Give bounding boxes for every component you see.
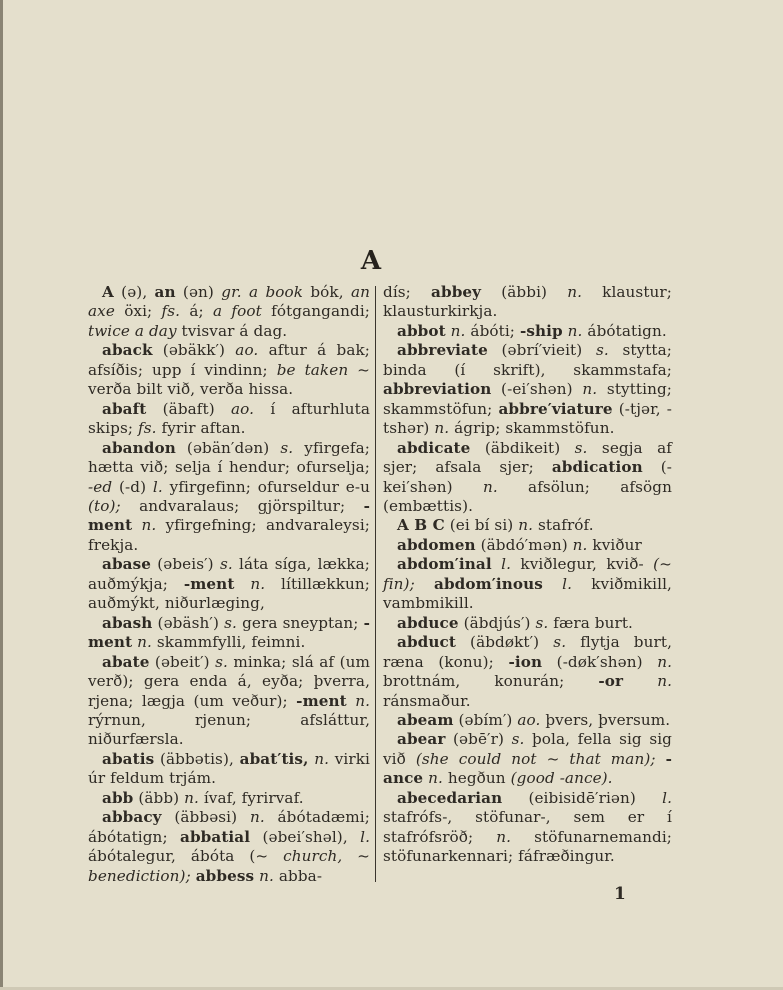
headword: abdom′inous	[434, 575, 543, 593]
definition-text: verða bilt við, verða hissa.	[88, 380, 293, 398]
dictionary-entry: abbot n. ábóti; -ship n. ábótatign.	[383, 322, 672, 341]
italic-text: s.	[535, 614, 548, 632]
headword: abbey	[431, 283, 481, 301]
dictionary-entry: abeam (əbím′) ao. þvers, þversum.	[383, 711, 672, 730]
definition-text: abba-	[274, 867, 322, 885]
italic-text: ao.	[235, 341, 258, 359]
definition-text: (äbbi)	[481, 283, 567, 301]
dictionary-entry: abecedarian (eibisidē′riən) l. stafrófs-…	[383, 789, 672, 867]
definition-text: (əbäkk′)	[153, 341, 236, 359]
definition-text: fyrir aftan.	[157, 419, 246, 437]
italic-text: ao.	[517, 711, 540, 729]
italic-text: n.	[657, 653, 672, 671]
definition-text: færa burt.	[548, 614, 633, 632]
italic-text: n.	[518, 516, 533, 534]
definition-text: (əbei′shəl),	[250, 828, 360, 846]
italic-text: s.	[596, 341, 609, 359]
definition-text: (äbaft)	[146, 400, 231, 418]
definition-text: öxi;	[115, 302, 162, 320]
headword: abaft	[102, 400, 146, 418]
headword: -or	[598, 672, 623, 690]
italic-text: n.	[582, 380, 597, 398]
italic-text: s.	[280, 439, 293, 457]
headword: abeam	[397, 711, 454, 729]
definition-text: dís;	[383, 283, 431, 301]
italic-text: n.	[568, 322, 583, 340]
dictionary-entry: abb (äbb) n. ívaf, fyrirvaf.	[88, 789, 370, 808]
italic-text: n.	[573, 536, 588, 554]
italic-text: s.	[215, 653, 228, 671]
italic-text: (she could not ~ that man);	[416, 750, 656, 768]
headword: abecedarian	[397, 789, 502, 807]
dictionary-entry: A B C (ei bí si) n. stafróf.	[383, 516, 672, 535]
headword: -ment	[184, 575, 235, 593]
italic-text: -ed	[88, 478, 112, 496]
definition-text: andvaralaus; gjörspiltur;	[121, 497, 364, 515]
definition-text: þvers, þversum.	[540, 711, 670, 729]
definition-text: (äbdøkt′)	[456, 633, 553, 651]
italic-text: (to);	[88, 497, 121, 515]
headword: abat′tis,	[240, 750, 309, 768]
italic-text: twice a day	[88, 322, 177, 340]
definition-text: skammfylli, feimni.	[152, 633, 305, 651]
definition-text: (-døk′shən)	[542, 653, 657, 671]
definition-text: hegðun	[443, 769, 511, 787]
italic-text: l.	[501, 555, 511, 573]
definition-text: rýrnun, rjenun; afsláttur, niðurfærsla.	[88, 711, 370, 748]
italic-text: s.	[220, 555, 233, 573]
definition-text: stafróf.	[533, 516, 594, 534]
definition-text: (əbrí′vieit)	[488, 341, 596, 359]
definition-text: (əbän′dən)	[176, 439, 281, 457]
dictionary-entry: abate (əbeit′) s. minka; slá af (um verð…	[88, 653, 370, 750]
headword: abbess	[196, 867, 254, 885]
dictionary-entry: abdom′inal l. kviðlegur, kvið- (~ fin); …	[383, 555, 672, 613]
headword: aback	[102, 341, 153, 359]
dictionary-column-left: A (ə), an (ən) gr. a book bók, an axe öx…	[88, 283, 370, 886]
italic-text: s.	[575, 439, 588, 457]
definition-text: (ei bí si)	[445, 516, 518, 534]
headword: abbreviate	[397, 341, 488, 359]
page-number: 1	[614, 884, 626, 904]
definition-text: (ən)	[176, 283, 222, 301]
italic-text: n.	[184, 789, 199, 807]
dictionary-entry: abdomen (äbdó′mən) n. kviður	[383, 536, 672, 555]
dictionary-entry: abash (əbäsh′) s. gera sneyptan; -ment n…	[88, 614, 370, 653]
italic-text: n.	[483, 478, 498, 496]
definition-text	[492, 555, 501, 573]
headword: abear	[397, 730, 445, 748]
definition-text: á;	[180, 302, 213, 320]
definition-text: yfirgefinn; ofurseldur e-u	[163, 478, 370, 496]
dictionary-entry: abdicate (äbdikeit) s. segja af sjer; af…	[383, 439, 672, 517]
italic-text: fs.	[138, 419, 157, 437]
definition-text: fótgangandi;	[262, 302, 370, 320]
dictionary-entry: abduct (äbdøkt′) s. flytja burt, ræna (k…	[383, 633, 672, 711]
dictionary-entry: abduce (äbdjús′) s. færa burt.	[383, 614, 672, 633]
definition-text: kviðlegur, kvið-	[511, 555, 653, 573]
italic-text: n.	[451, 322, 466, 340]
definition-text	[415, 575, 434, 593]
headword: abbacy	[102, 808, 162, 826]
definition-text: (əbeis′)	[151, 555, 220, 573]
headword: -ship	[520, 322, 563, 340]
italic-text: n.	[355, 692, 370, 710]
definition-text: ábótalegur, ábóta (	[88, 847, 255, 865]
definition-text: (äbdjús′)	[459, 614, 536, 632]
italic-text: s.	[512, 730, 525, 748]
dictionary-entry: abandon (əbän′dən) s. yfirgefa; hætta vi…	[88, 439, 370, 556]
definition-text: ívaf, fyrirvaf.	[199, 789, 304, 807]
page-edge	[0, 0, 3, 990]
italic-text: l.	[153, 478, 163, 496]
headword: abbre′viature	[498, 400, 612, 418]
dictionary-entry: abatis (äbbətis), abat′tis, n. virki úr …	[88, 750, 370, 789]
italic-text: fs.	[162, 302, 181, 320]
definition-text: (äbbəsi)	[162, 808, 250, 826]
italic-text: n.	[496, 828, 511, 846]
definition-text	[623, 672, 657, 690]
definition-text: ábótatign.	[582, 322, 666, 340]
definition-text: (äbbətis),	[154, 750, 239, 768]
italic-text: n.	[250, 575, 265, 593]
italic-text: l.	[360, 828, 370, 846]
dictionary-entry: abbacy (äbbəsi) n. ábótadæmi; ábótatign;…	[88, 808, 370, 886]
italic-text: s.	[553, 633, 566, 651]
headword: abb	[102, 789, 133, 807]
definition-text: (-d)	[112, 478, 153, 496]
definition-text: (ə),	[114, 283, 155, 301]
italic-text: n.	[434, 419, 449, 437]
definition-text: (äbdikeit)	[470, 439, 574, 457]
definition-text: (əbē′r)	[445, 730, 511, 748]
definition-text: ábóti;	[465, 322, 519, 340]
italic-text: n.	[259, 867, 274, 885]
definition-text: ágrip; skammstöfun.	[449, 419, 614, 437]
headword: an	[155, 283, 176, 301]
dictionary-entry: aback (əbäkk′) ao. aftur á bak; afsíðis;…	[88, 341, 370, 399]
headword: abash	[102, 614, 152, 632]
definition-text	[132, 516, 141, 534]
headword: abbreviation	[383, 380, 491, 398]
headword: A B C	[397, 516, 445, 534]
dictionary-entry: abear (əbē′r) s. þola, fella sig sig við…	[383, 730, 672, 788]
definition-text: (əbím′)	[454, 711, 518, 729]
italic-text: (good -ance).	[511, 769, 613, 787]
headword: abbatial	[180, 828, 250, 846]
headword: abandon	[102, 439, 176, 457]
italic-text: l.	[562, 575, 572, 593]
headword: abdomen	[397, 536, 476, 554]
headword: -ion	[508, 653, 542, 671]
definition-text: tvisvar á dag.	[177, 322, 288, 340]
headword: abdicate	[397, 439, 470, 457]
italic-text: s.	[224, 614, 237, 632]
definition-text: ránsmaður.	[383, 692, 471, 710]
headword: abatis	[102, 750, 154, 768]
definition-text: (əbeit′)	[149, 653, 215, 671]
italic-text: n.	[314, 750, 329, 768]
italic-text: be taken ~	[277, 361, 370, 379]
italic-text: ao.	[231, 400, 254, 418]
definition-text: gera sneyptan;	[237, 614, 364, 632]
headword: abduce	[397, 614, 459, 632]
dictionary-entry: abbreviate (əbrí′vieit) s. stytta; binda…	[383, 341, 672, 438]
headword: abduct	[397, 633, 456, 651]
dictionary-entry: A (ə), an (ən) gr. a book bók, an axe öx…	[88, 283, 370, 341]
headword: abate	[102, 653, 149, 671]
italic-text: gr.	[221, 283, 241, 301]
definition-text: kviður	[587, 536, 641, 554]
definition-text: (-ei′shən)	[491, 380, 582, 398]
italic-text: n.	[428, 769, 443, 787]
dictionary-entry: abaft (äbaft) ao. í afturhluta skips; fs…	[88, 400, 370, 439]
italic-text: n.	[137, 633, 152, 651]
italic-text: n.	[142, 516, 157, 534]
italic-text: n.	[657, 672, 672, 690]
italic-text: l.	[662, 789, 672, 807]
definition-text: (äbdó′mən)	[476, 536, 573, 554]
definition-text	[656, 750, 666, 768]
definition-text: bók,	[303, 283, 351, 301]
headword: abdication	[552, 458, 643, 476]
definition-text: (eibisidē′riən)	[502, 789, 662, 807]
headword: A	[102, 283, 114, 301]
column-divider	[375, 286, 376, 882]
definition-text	[347, 692, 355, 710]
definition-text	[242, 283, 249, 301]
headword: abbot	[397, 322, 446, 340]
definition-text	[543, 575, 562, 593]
definition-text: (əbäsh′)	[152, 614, 224, 632]
definition-text: brottnám, konurán;	[383, 672, 598, 690]
section-letter-heading: A	[356, 246, 386, 276]
headword: -ment	[296, 692, 347, 710]
headword: abase	[102, 555, 151, 573]
dictionary-entry: abase (əbeis′) s. láta síga, lækka; auðm…	[88, 555, 370, 613]
italic-text: n.	[567, 283, 582, 301]
italic-text: a foot	[213, 302, 262, 320]
definition-text	[234, 575, 250, 593]
italic-text: a book	[249, 283, 303, 301]
dictionary-entry: dís; abbey (äbbi) n. klaustur; klausturk…	[383, 283, 672, 322]
definition-text: (äbb)	[133, 789, 184, 807]
headword: abdom′inal	[397, 555, 492, 573]
italic-text: n.	[250, 808, 265, 826]
dictionary-column-right: dís; abbey (äbbi) n. klaustur; klausturk…	[383, 283, 672, 867]
